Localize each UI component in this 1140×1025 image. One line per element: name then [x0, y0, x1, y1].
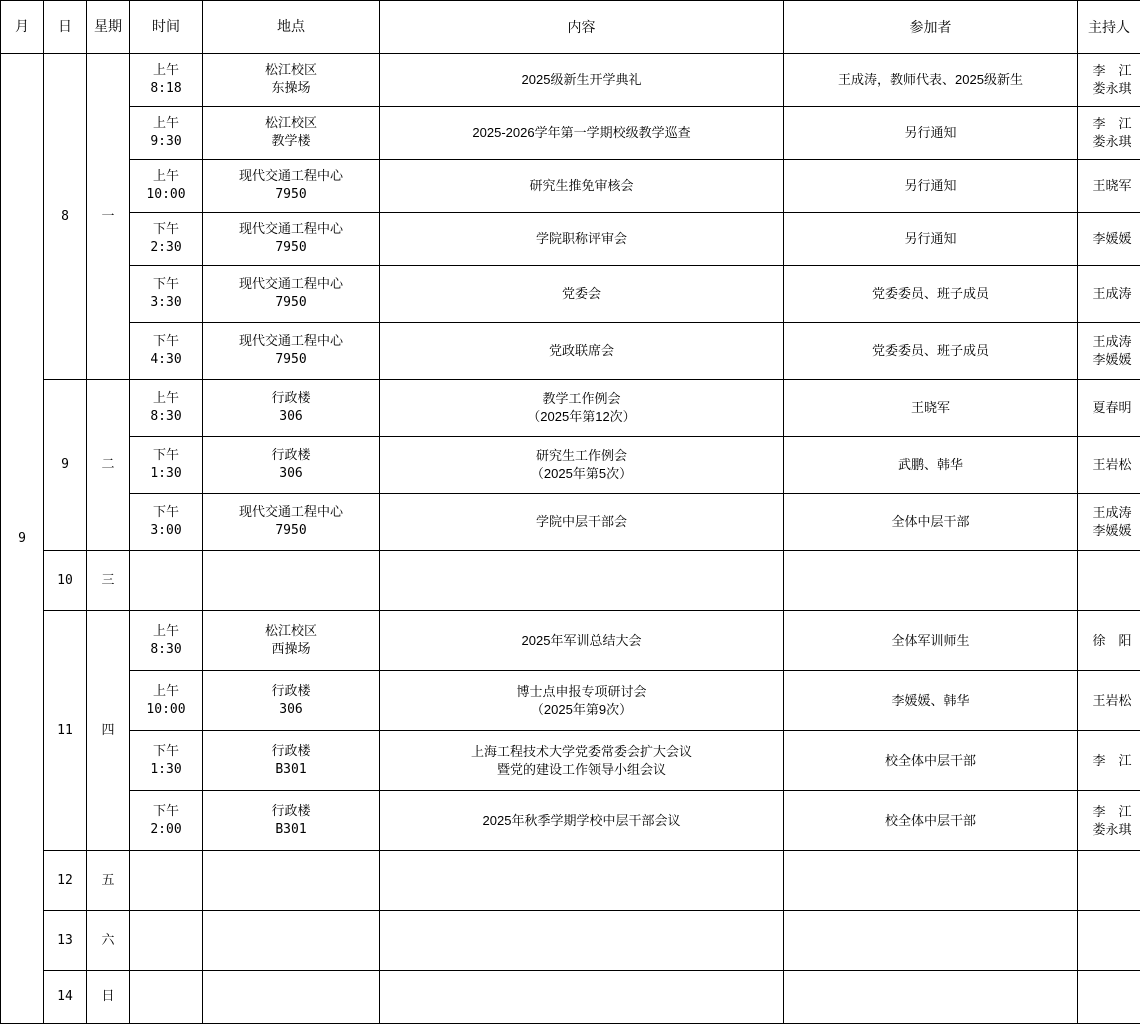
- day-cell: 9: [44, 380, 87, 551]
- location-building: 行政楼: [203, 447, 379, 465]
- time-value: 3:30: [130, 294, 202, 312]
- location-cell: 现代交通工程中心7950: [203, 323, 380, 380]
- content-title: 学院中层干部会: [380, 513, 783, 531]
- time-cell: 上午8:30: [130, 611, 203, 671]
- content-cell: 博士点申报专项研讨会（2025年第9次）: [380, 671, 784, 731]
- host-name-1: 李 江: [1084, 752, 1140, 770]
- schedule-body: 98一上午8:18松江校区东操场2025级新生开学典礼王成涛，教师代表、2025…: [1, 54, 1140, 1024]
- content-title: 2025年秋季学期学校中层干部会议: [380, 812, 783, 830]
- time-cell-empty: [130, 851, 203, 911]
- day-cell: 11: [44, 611, 87, 851]
- participants-cell: 校全体中层干部: [784, 731, 1078, 791]
- time-cell: 上午10:00: [130, 160, 203, 213]
- table-row: 9二上午8:30行政楼306教学工作例会（2025年第12次）王晓军夏春明: [1, 380, 1140, 437]
- content-subtitle: 暨党的建设工作领导小组会议: [380, 761, 783, 779]
- content-cell: 2025级新生开学典礼: [380, 54, 784, 107]
- host-cell-empty: [1078, 851, 1140, 911]
- content-cell: 研究生推免审核会: [380, 160, 784, 213]
- host-cell-empty: [1078, 551, 1140, 611]
- header-content: 内容: [380, 1, 784, 54]
- location-cell-empty: [203, 911, 380, 971]
- location-cell: 现代交通工程中心7950: [203, 213, 380, 266]
- day-cell: 10: [44, 551, 87, 611]
- host-name-1: 李媛媛: [1084, 230, 1140, 248]
- location-room: 教学楼: [203, 133, 379, 151]
- participants-cell: 武鹏、韩华: [784, 437, 1078, 494]
- location-building: 行政楼: [203, 743, 379, 761]
- location-room: 7950: [203, 294, 379, 312]
- content-title: 研究生工作例会: [380, 447, 783, 465]
- location-cell-empty: [203, 851, 380, 911]
- time-period: 下午: [130, 803, 202, 821]
- weekday-cell: 日: [87, 971, 130, 1024]
- time-value: 8:18: [130, 80, 202, 98]
- time-cell: 上午10:00: [130, 671, 203, 731]
- time-period: 上午: [130, 115, 202, 133]
- location-cell: 行政楼306: [203, 380, 380, 437]
- host-name-1: 夏春明: [1084, 399, 1140, 417]
- day-cell: 14: [44, 971, 87, 1024]
- host-cell: 李 江娄永琪: [1078, 791, 1140, 851]
- time-value: 4:30: [130, 351, 202, 369]
- host-cell: 李 江娄永琪: [1078, 54, 1140, 107]
- location-building: 现代交通工程中心: [203, 333, 379, 351]
- host-cell: 夏春明: [1078, 380, 1140, 437]
- host-cell: 李媛媛: [1078, 213, 1140, 266]
- time-value: 8:30: [130, 408, 202, 426]
- header-location: 地点: [203, 1, 380, 54]
- time-period: 下午: [130, 333, 202, 351]
- content-title: 研究生推免审核会: [380, 177, 783, 195]
- table-row: 11四上午8:30松江校区西操场2025年军训总结大会全体军训师生徐 阳: [1, 611, 1140, 671]
- day-cell: 8: [44, 54, 87, 380]
- location-cell-empty: [203, 551, 380, 611]
- host-name-1: 王岩松: [1084, 456, 1140, 474]
- table-row: 98一上午8:18松江校区东操场2025级新生开学典礼王成涛，教师代表、2025…: [1, 54, 1140, 107]
- host-cell-empty: [1078, 911, 1140, 971]
- participants-cell: 另行通知: [784, 107, 1078, 160]
- weekly-schedule-table: 月 日 星期 时间 地点 内容 参加者 主持人 98一上午8:18松江校区东操场…: [0, 0, 1140, 1024]
- content-subtitle: （2025年第12次）: [380, 408, 783, 426]
- location-building: 现代交通工程中心: [203, 221, 379, 239]
- weekday-cell: 一: [87, 54, 130, 380]
- location-building: 行政楼: [203, 390, 379, 408]
- month-cell: 9: [1, 54, 44, 1024]
- time-cell: 下午1:30: [130, 437, 203, 494]
- location-room: 7950: [203, 522, 379, 540]
- host-name-1: 王岩松: [1084, 692, 1140, 710]
- table-row: 下午1:30行政楼B301上海工程技术大学党委常委会扩大会议暨党的建设工作领导小…: [1, 731, 1140, 791]
- time-period: 下午: [130, 447, 202, 465]
- location-building: 现代交通工程中心: [203, 276, 379, 294]
- host-name-2: 娄永琪: [1084, 80, 1140, 98]
- content-cell: 2025年军训总结大会: [380, 611, 784, 671]
- table-row: 14日: [1, 971, 1140, 1024]
- host-cell: 李 江: [1078, 731, 1140, 791]
- content-cell: 学院职称评审会: [380, 213, 784, 266]
- time-cell: 上午8:30: [130, 380, 203, 437]
- participants-cell: 党委委员、班子成员: [784, 323, 1078, 380]
- content-title: 教学工作例会: [380, 390, 783, 408]
- location-building: 松江校区: [203, 623, 379, 641]
- host-cell: 王岩松: [1078, 437, 1140, 494]
- host-cell: 王成涛: [1078, 266, 1140, 323]
- location-cell: 行政楼306: [203, 671, 380, 731]
- location-cell: 行政楼B301: [203, 791, 380, 851]
- participants-cell: 全体军训师生: [784, 611, 1078, 671]
- content-cell-empty: [380, 551, 784, 611]
- weekday-cell: 六: [87, 911, 130, 971]
- host-cell: 徐 阳: [1078, 611, 1140, 671]
- time-period: 下午: [130, 504, 202, 522]
- table-row: 下午4:30现代交通工程中心7950党政联席会党委委员、班子成员王成涛李媛媛: [1, 323, 1140, 380]
- host-cell: 王岩松: [1078, 671, 1140, 731]
- time-period: 上午: [130, 168, 202, 186]
- location-cell: 现代交通工程中心7950: [203, 160, 380, 213]
- weekday-cell: 二: [87, 380, 130, 551]
- content-cell-empty: [380, 851, 784, 911]
- location-room: 西操场: [203, 641, 379, 659]
- table-row: 下午3:30现代交通工程中心7950党委会党委委员、班子成员王成涛: [1, 266, 1140, 323]
- day-cell: 12: [44, 851, 87, 911]
- time-cell: 上午8:18: [130, 54, 203, 107]
- time-cell: 下午2:00: [130, 791, 203, 851]
- header-month: 月: [1, 1, 44, 54]
- table-row: 下午1:30行政楼306研究生工作例会（2025年第5次）武鹏、韩华王岩松: [1, 437, 1140, 494]
- table-row: 下午2:00行政楼B3012025年秋季学期学校中层干部会议校全体中层干部李 江…: [1, 791, 1140, 851]
- content-cell: 上海工程技术大学党委常委会扩大会议暨党的建设工作领导小组会议: [380, 731, 784, 791]
- time-period: 下午: [130, 743, 202, 761]
- time-cell: 下午1:30: [130, 731, 203, 791]
- participants-cell: 校全体中层干部: [784, 791, 1078, 851]
- content-title: 2025级新生开学典礼: [380, 71, 783, 89]
- location-room: 7950: [203, 351, 379, 369]
- location-cell: 行政楼306: [203, 437, 380, 494]
- weekday-cell: 五: [87, 851, 130, 911]
- participants-cell-empty: [784, 971, 1078, 1024]
- time-period: 上午: [130, 62, 202, 80]
- host-cell: 王成涛李媛媛: [1078, 494, 1140, 551]
- participants-cell-empty: [784, 911, 1078, 971]
- time-cell-empty: [130, 971, 203, 1024]
- header-time: 时间: [130, 1, 203, 54]
- host-name-2: 李媛媛: [1084, 351, 1140, 369]
- location-cell-empty: [203, 971, 380, 1024]
- weekday-cell: 三: [87, 551, 130, 611]
- location-cell: 松江校区教学楼: [203, 107, 380, 160]
- table-row: 上午9:30松江校区教学楼2025-2026学年第一学期校级教学巡查另行通知李 …: [1, 107, 1140, 160]
- host-name-1: 王成涛: [1084, 285, 1140, 303]
- host-name-1: 李 江: [1084, 115, 1140, 133]
- time-period: 下午: [130, 221, 202, 239]
- location-building: 现代交通工程中心: [203, 504, 379, 522]
- location-room: 7950: [203, 239, 379, 257]
- host-cell: 王晓军: [1078, 160, 1140, 213]
- content-title: 上海工程技术大学党委常委会扩大会议: [380, 743, 783, 761]
- location-building: 行政楼: [203, 803, 379, 821]
- host-name-1: 王晓军: [1084, 177, 1140, 195]
- location-cell: 松江校区东操场: [203, 54, 380, 107]
- content-title: 2025-2026学年第一学期校级教学巡查: [380, 124, 783, 142]
- content-cell: 2025-2026学年第一学期校级教学巡查: [380, 107, 784, 160]
- header-row: 月 日 星期 时间 地点 内容 参加者 主持人: [1, 1, 1140, 54]
- content-title: 博士点申报专项研讨会: [380, 683, 783, 701]
- location-room: 东操场: [203, 80, 379, 98]
- location-room: 7950: [203, 186, 379, 204]
- content-title: 2025年军训总结大会: [380, 632, 783, 650]
- location-room: B301: [203, 821, 379, 839]
- header-day: 日: [44, 1, 87, 54]
- time-cell-empty: [130, 551, 203, 611]
- host-cell: 李 江娄永琪: [1078, 107, 1140, 160]
- content-title: 学院职称评审会: [380, 230, 783, 248]
- participants-cell-empty: [784, 551, 1078, 611]
- time-value: 2:00: [130, 821, 202, 839]
- time-cell: 上午9:30: [130, 107, 203, 160]
- location-cell: 现代交通工程中心7950: [203, 494, 380, 551]
- location-cell: 现代交通工程中心7950: [203, 266, 380, 323]
- content-cell: 学院中层干部会: [380, 494, 784, 551]
- table-row: 12五: [1, 851, 1140, 911]
- location-building: 行政楼: [203, 683, 379, 701]
- content-cell: 教学工作例会（2025年第12次）: [380, 380, 784, 437]
- host-name-2: 娄永琪: [1084, 821, 1140, 839]
- time-value: 8:30: [130, 641, 202, 659]
- time-value: 2:30: [130, 239, 202, 257]
- time-value: 10:00: [130, 701, 202, 719]
- day-cell: 13: [44, 911, 87, 971]
- time-value: 3:00: [130, 522, 202, 540]
- participants-cell: 王晓军: [784, 380, 1078, 437]
- time-cell: 下午3:30: [130, 266, 203, 323]
- time-cell-empty: [130, 911, 203, 971]
- table-row: 10三: [1, 551, 1140, 611]
- participants-cell: 另行通知: [784, 160, 1078, 213]
- header-participants: 参加者: [784, 1, 1078, 54]
- location-room: B301: [203, 761, 379, 779]
- host-cell: 王成涛李媛媛: [1078, 323, 1140, 380]
- content-cell-empty: [380, 971, 784, 1024]
- time-value: 1:30: [130, 761, 202, 779]
- header-host: 主持人: [1078, 1, 1140, 54]
- participants-cell: 李媛媛、韩华: [784, 671, 1078, 731]
- time-cell: 下午4:30: [130, 323, 203, 380]
- location-room: 306: [203, 465, 379, 483]
- table-row: 下午2:30现代交通工程中心7950学院职称评审会另行通知李媛媛: [1, 213, 1140, 266]
- time-value: 10:00: [130, 186, 202, 204]
- location-room: 306: [203, 408, 379, 426]
- header-weekday: 星期: [87, 1, 130, 54]
- content-title: 党政联席会: [380, 342, 783, 360]
- participants-cell-empty: [784, 851, 1078, 911]
- content-cell: 研究生工作例会（2025年第5次）: [380, 437, 784, 494]
- location-room: 306: [203, 701, 379, 719]
- content-cell: 党委会: [380, 266, 784, 323]
- location-cell: 行政楼B301: [203, 731, 380, 791]
- time-period: 上午: [130, 623, 202, 641]
- time-period: 下午: [130, 276, 202, 294]
- table-row: 13六: [1, 911, 1140, 971]
- content-cell-empty: [380, 911, 784, 971]
- location-cell: 松江校区西操场: [203, 611, 380, 671]
- host-name-1: 李 江: [1084, 803, 1140, 821]
- location-building: 松江校区: [203, 62, 379, 80]
- participants-cell: 全体中层干部: [784, 494, 1078, 551]
- table-row: 上午10:00现代交通工程中心7950研究生推免审核会另行通知王晓军: [1, 160, 1140, 213]
- host-cell-empty: [1078, 971, 1140, 1024]
- participants-cell: 王成涛，教师代表、2025级新生: [784, 54, 1078, 107]
- table-row: 下午3:00现代交通工程中心7950学院中层干部会全体中层干部王成涛李媛媛: [1, 494, 1140, 551]
- host-name-2: 李媛媛: [1084, 522, 1140, 540]
- content-cell: 党政联席会: [380, 323, 784, 380]
- content-cell: 2025年秋季学期学校中层干部会议: [380, 791, 784, 851]
- participants-cell: 党委委员、班子成员: [784, 266, 1078, 323]
- host-name-1: 李 江: [1084, 62, 1140, 80]
- time-value: 1:30: [130, 465, 202, 483]
- time-cell: 下午3:00: [130, 494, 203, 551]
- host-name-2: 娄永琪: [1084, 133, 1140, 151]
- host-name-1: 徐 阳: [1084, 632, 1140, 650]
- content-subtitle: （2025年第5次）: [380, 465, 783, 483]
- content-subtitle: （2025年第9次）: [380, 701, 783, 719]
- time-period: 上午: [130, 390, 202, 408]
- location-building: 现代交通工程中心: [203, 168, 379, 186]
- time-period: 上午: [130, 683, 202, 701]
- table-row: 上午10:00行政楼306博士点申报专项研讨会（2025年第9次）李媛媛、韩华王…: [1, 671, 1140, 731]
- time-cell: 下午2:30: [130, 213, 203, 266]
- time-value: 9:30: [130, 133, 202, 151]
- host-name-1: 王成涛: [1084, 333, 1140, 351]
- weekday-cell: 四: [87, 611, 130, 851]
- host-name-1: 王成涛: [1084, 504, 1140, 522]
- location-building: 松江校区: [203, 115, 379, 133]
- participants-cell: 另行通知: [784, 213, 1078, 266]
- content-title: 党委会: [380, 285, 783, 303]
